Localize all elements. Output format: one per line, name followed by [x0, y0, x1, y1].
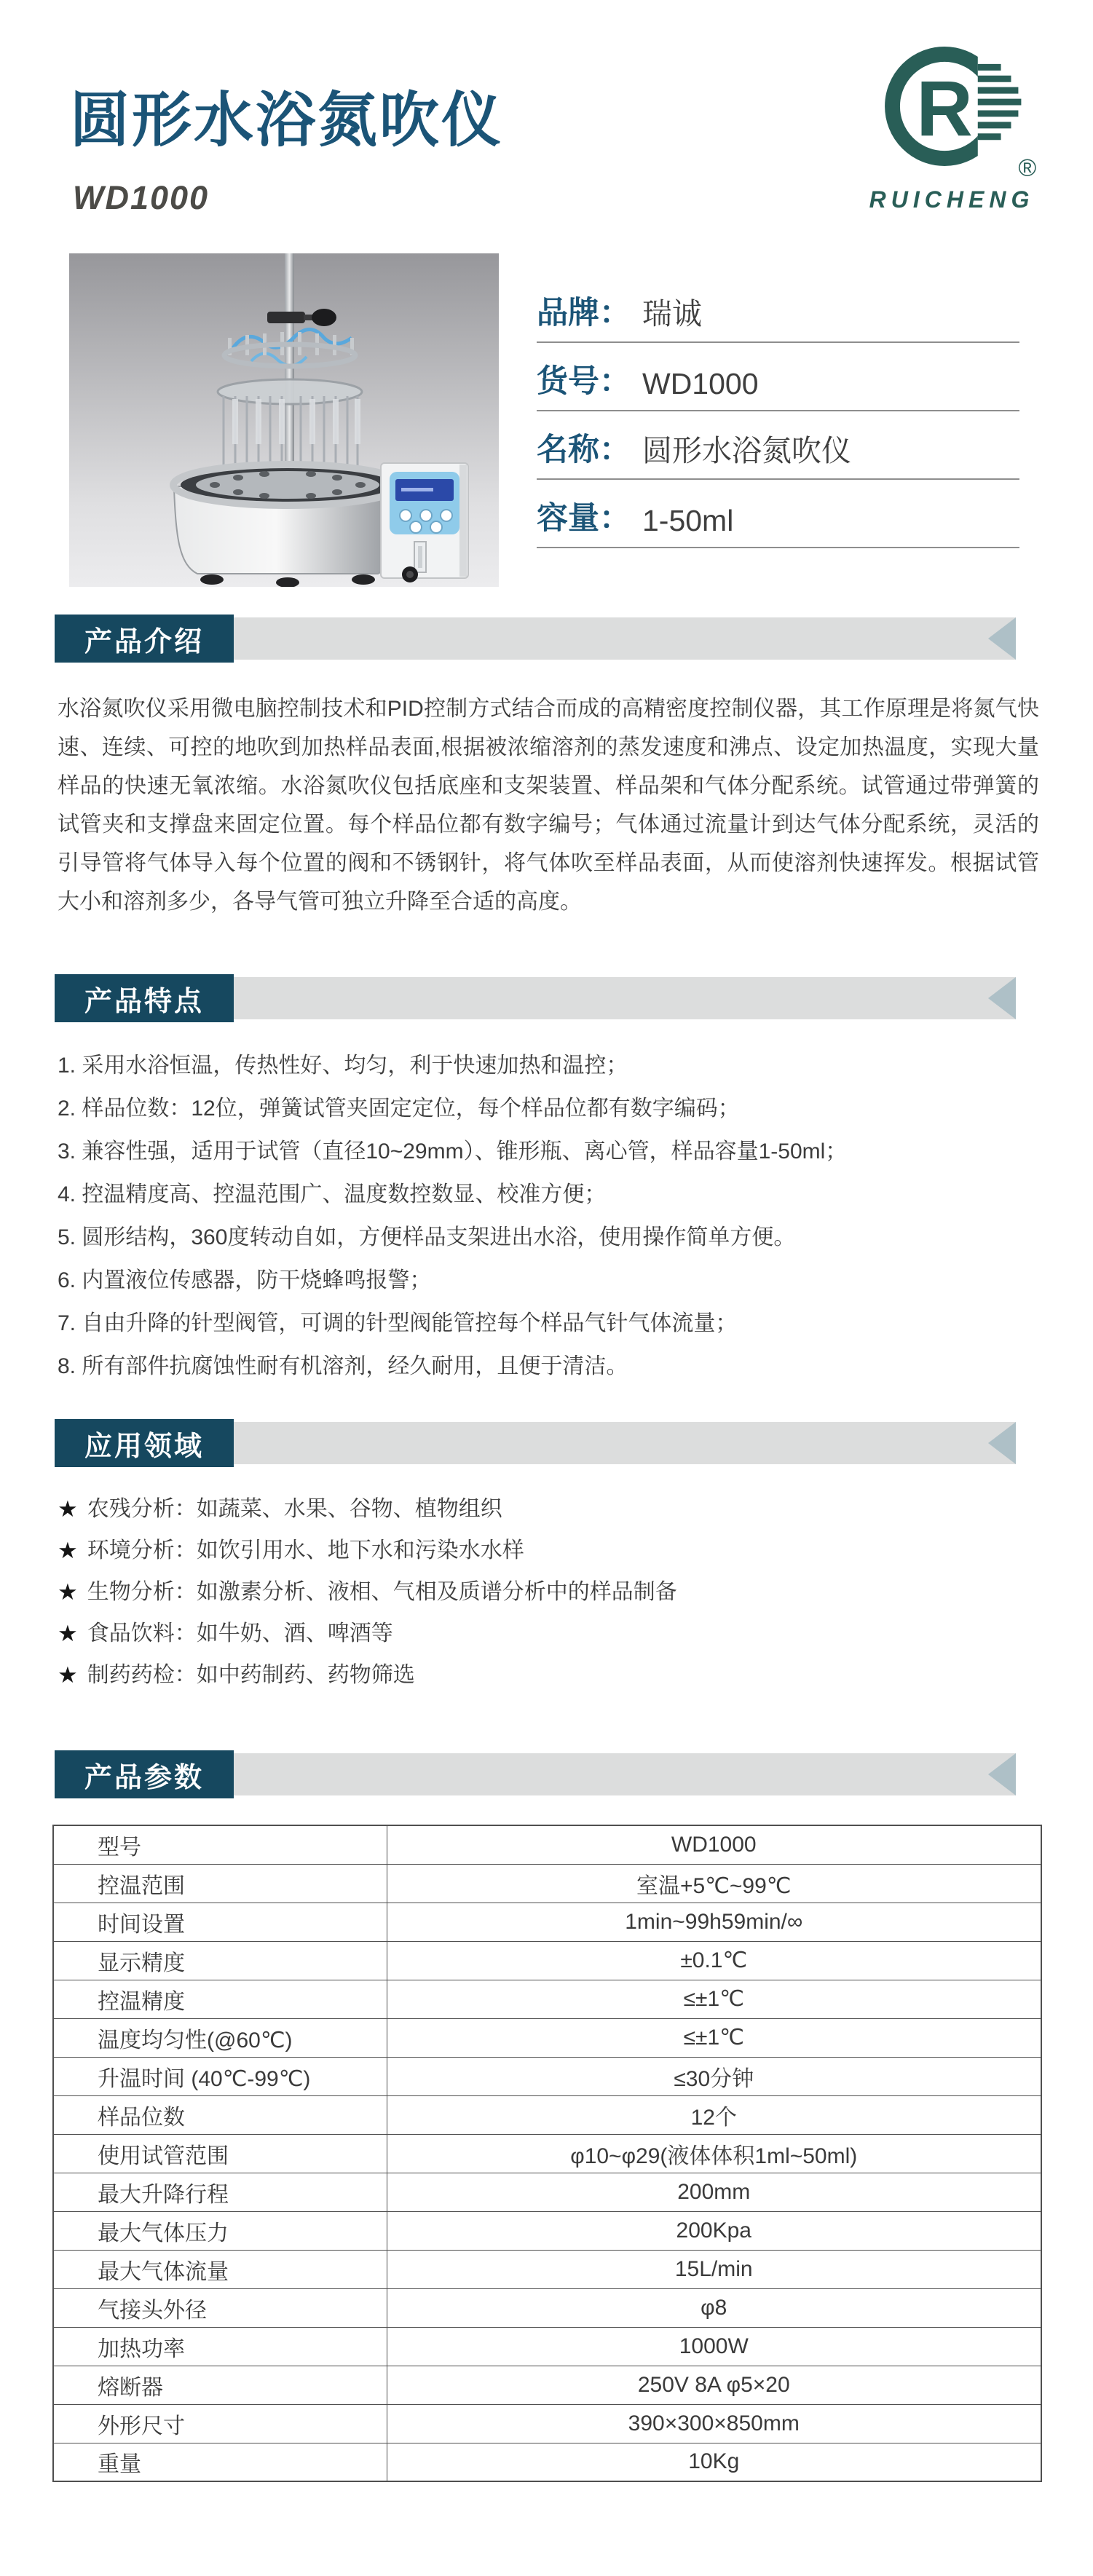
param-value: 15L/min	[387, 2250, 1041, 2288]
application-text: 农残分析：如蔬菜、水果、谷物、植物组织	[87, 1497, 502, 1522]
param-label: 加热功率	[53, 2327, 387, 2366]
param-label: 升温时间 (40℃-99℃)	[53, 2057, 387, 2095]
controller-unit	[381, 463, 468, 582]
name-label: 名称：	[537, 425, 631, 470]
param-value: 1min~99h59min/∞	[387, 1903, 1041, 1941]
brand-label: 品牌：	[537, 288, 631, 333]
application-text: 生物分析：如激素分析、液相、气相及质谱分析中的样品制备	[87, 1580, 677, 1605]
table-row: 加热功率1000W	[53, 2327, 1041, 2366]
section-title-features: 产品特点	[55, 974, 234, 1022]
section-header-features: 产品特点	[55, 974, 1016, 1022]
param-label: 使用试管范围	[53, 2134, 387, 2173]
info-row-name: 名称： 圆形水浴氮吹仪	[537, 420, 1019, 480]
table-row: 温度均匀性(@60℃)≤±1℃	[53, 2018, 1041, 2057]
table-row: 控温精度≤±1℃	[53, 1980, 1041, 2018]
param-label: 外形尺寸	[53, 2404, 387, 2443]
clamp-knob	[312, 309, 336, 326]
param-value: 250V 8A φ5×20	[387, 2366, 1041, 2404]
table-row: 显示精度±0.1℃	[53, 1941, 1041, 1980]
product-sheet: 圆形水浴氮吹仪 WD1000 R ® RUICHENG	[0, 0, 1093, 2576]
section-title-applications: 应用领域	[55, 1419, 234, 1467]
param-value: 室温+5℃~99℃	[387, 1864, 1041, 1903]
param-value: 12个	[387, 2095, 1041, 2134]
table-row: 控温范围室温+5℃~99℃	[53, 1864, 1041, 1903]
feature-item: 4. 控温精度高、控温范围广、温度数控数显、校准方便；	[58, 1182, 1051, 1207]
param-value: 10Kg	[387, 2443, 1041, 2481]
table-row: 最大气体压力200Kpa	[53, 2211, 1041, 2250]
section-rail	[232, 1753, 1016, 1795]
section-rail	[232, 1422, 1016, 1464]
product-photo	[69, 253, 499, 587]
sample-plate	[196, 471, 379, 499]
table-row: 外形尺寸390×300×850mm	[53, 2404, 1041, 2443]
table-row: 最大升降行程200mm	[53, 2173, 1041, 2211]
table-row: 时间设置1min~99h59min/∞	[53, 1903, 1041, 1941]
param-value: ≤±1℃	[387, 2018, 1041, 2057]
capacity-label: 容量：	[537, 494, 631, 538]
param-label: 重量	[53, 2443, 387, 2481]
chevron-left-icon	[988, 1422, 1016, 1464]
chevron-left-icon	[988, 977, 1016, 1019]
application-item: ★ 食品饮料：如牛奶、酒、啤酒等	[58, 1621, 1051, 1646]
section-header-applications: 应用领域	[55, 1419, 1016, 1467]
parameters-table: 型号WD1000 控温范围室温+5℃~99℃ 时间设置1min~99h59min…	[52, 1825, 1042, 2482]
param-value: 1000W	[387, 2327, 1041, 2366]
table-row: 型号WD1000	[53, 1825, 1041, 1864]
star-icon: ★	[58, 1621, 78, 1646]
param-label: 控温精度	[53, 1980, 387, 2018]
star-icon: ★	[58, 1538, 78, 1563]
brand-value: 瑞诚	[642, 290, 702, 333]
application-text: 制药药检：如中药制药、药物筛选	[87, 1663, 415, 1688]
model-number: WD1000	[73, 179, 209, 217]
param-label: 控温范围	[53, 1864, 387, 1903]
brand-logo-icon: R ®	[836, 33, 1068, 183]
param-value: WD1000	[387, 1825, 1041, 1864]
star-icon: ★	[58, 1580, 78, 1605]
application-list: ★ 农残分析：如蔬菜、水果、谷物、植物组织 ★ 环境分析：如饮引用水、地下水和污…	[58, 1497, 1051, 1704]
param-label: 最大气体流量	[53, 2250, 387, 2288]
support-disc	[218, 379, 362, 404]
chevron-left-icon	[988, 1753, 1016, 1795]
feature-item: 8. 所有部件抗腐蚀性耐有机溶剂，经久耐用，且便于清洁。	[58, 1354, 1051, 1379]
support-pole	[285, 253, 294, 472]
star-icon: ★	[58, 1663, 78, 1688]
application-item: ★ 环境分析：如饮引用水、地下水和污染水水样	[58, 1538, 1051, 1563]
section-header-parameters: 产品参数	[55, 1750, 1016, 1798]
info-row-brand: 品牌： 瑞诚	[537, 283, 1019, 343]
param-label: 气接头外径	[53, 2288, 387, 2327]
param-label: 熔断器	[53, 2366, 387, 2404]
table-row: 气接头外径φ8	[53, 2288, 1041, 2327]
param-label: 最大气体压力	[53, 2211, 387, 2250]
chevron-left-icon	[988, 617, 1016, 660]
pole-clamp	[267, 312, 305, 323]
application-item: ★ 生物分析：如激素分析、液相、气相及质谱分析中的样品制备	[58, 1580, 1051, 1605]
section-rail	[232, 977, 1016, 1019]
section-rail	[232, 617, 1016, 660]
table-row: 熔断器250V 8A φ5×20	[53, 2366, 1041, 2404]
section-title-parameters: 产品参数	[55, 1750, 234, 1798]
info-row-sku: 货号： WD1000	[537, 352, 1019, 411]
param-value: 200mm	[387, 2173, 1041, 2211]
feature-item: 1. 采用水浴恒温，传热性好、均匀，利于快速加热和温控；	[58, 1054, 1051, 1078]
feature-list: 1. 采用水浴恒温，传热性好、均匀，利于快速加热和温控； 2. 样品位数：12位…	[58, 1054, 1051, 1397]
section-header-intro: 产品介绍	[55, 615, 1016, 663]
param-value: φ8	[387, 2288, 1041, 2327]
logo-letter: R	[916, 65, 973, 152]
brand-logo: R ® RUICHENG	[836, 33, 1068, 213]
page-title: 圆形水浴氮吹仪	[70, 73, 503, 158]
param-label: 样品位数	[53, 2095, 387, 2134]
table-row: 样品位数12个	[53, 2095, 1041, 2134]
param-label: 显示精度	[53, 1941, 387, 1980]
param-value: φ10~φ29(液体体积1ml~50ml)	[387, 2134, 1041, 2173]
info-row-capacity: 容量： 1-50ml	[537, 489, 1019, 548]
param-value: ≤30分钟	[387, 2057, 1041, 2095]
application-item: ★ 制药药检：如中药制药、药物筛选	[58, 1663, 1051, 1688]
table-row: 升温时间 (40℃-99℃)≤30分钟	[53, 2057, 1041, 2095]
feature-item: 7. 自由升降的针型阀管，可调的针型阀能管控每个样品气针气体流量；	[58, 1311, 1051, 1336]
intro-paragraph: 水浴氮吹仪采用微电脑控制技术和PID控制方式结合而成的高精密度控制仪器，其工作原…	[58, 690, 1039, 921]
table-row: 最大气体流量15L/min	[53, 2250, 1041, 2288]
table-row: 重量10Kg	[53, 2443, 1041, 2481]
name-value: 圆形水浴氮吹仪	[642, 427, 851, 470]
table-row: 使用试管范围φ10~φ29(液体体积1ml~50ml)	[53, 2134, 1041, 2173]
param-label: 最大升降行程	[53, 2173, 387, 2211]
param-value: 200Kpa	[387, 2211, 1041, 2250]
sku-label: 货号：	[537, 357, 631, 401]
feature-item: 2. 样品位数：12位，弹簧试管夹固定定位，每个样品位都有数字编码；	[58, 1097, 1051, 1121]
param-value: ±0.1℃	[387, 1941, 1041, 1980]
capacity-value: 1-50ml	[642, 504, 733, 538]
feature-item: 5. 圆形结构，360度转动自如，方便样品支架进出水浴，使用操作简单方便。	[58, 1225, 1051, 1250]
param-label: 温度均匀性(@60℃)	[53, 2018, 387, 2057]
application-text: 环境分析：如饮引用水、地下水和污染水水样	[87, 1538, 524, 1563]
registered-mark: ®	[1018, 154, 1036, 181]
sku-value: WD1000	[642, 367, 759, 401]
star-icon: ★	[58, 1497, 78, 1522]
brand-name: RUICHENG	[836, 186, 1068, 213]
param-label: 时间设置	[53, 1903, 387, 1941]
param-value: 390×300×850mm	[387, 2404, 1041, 2443]
feature-item: 6. 内置液位传感器，防干烧蜂鸣报警；	[58, 1268, 1051, 1293]
param-value: ≤±1℃	[387, 1980, 1041, 2018]
feature-item: 3. 兼容性强，适用于试管（直径10~29mm）、锥形瓶、离心管，样品容量1-5…	[58, 1139, 1051, 1164]
param-label: 型号	[53, 1825, 387, 1864]
application-item: ★ 农残分析：如蔬菜、水果、谷物、植物组织	[58, 1497, 1051, 1522]
section-title-intro: 产品介绍	[55, 615, 234, 663]
application-text: 食品饮料：如牛奶、酒、啤酒等	[87, 1621, 393, 1646]
